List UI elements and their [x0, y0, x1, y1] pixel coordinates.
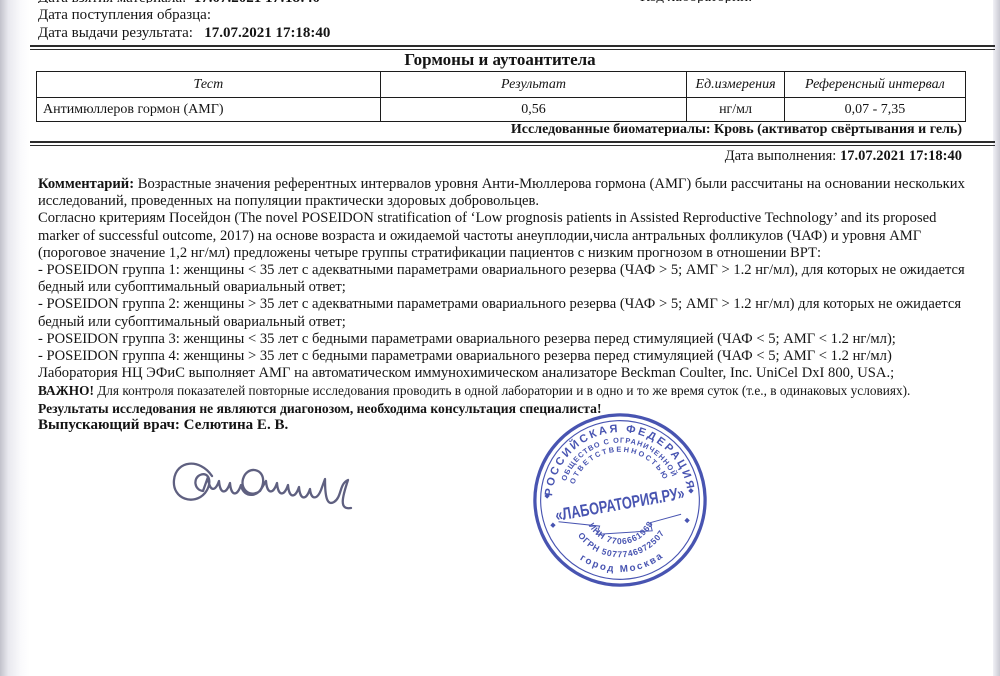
header-cut-line: Дата взятия материала: 17.07.2021 17:18:…: [38, 0, 968, 3]
cell-unit: нг/мл: [687, 98, 785, 122]
execution-date-row: Дата выполнения: 17.07.2021 17:18:40: [725, 148, 962, 165]
result-issued-value: 17.07.2021 17:18:40: [204, 25, 330, 41]
execution-date-value: 17.07.2021 17:18:40: [840, 148, 962, 164]
table-bottom-divider: [30, 141, 995, 146]
signature-icon: [162, 452, 362, 532]
section-title: Гормоны и аутоантитела: [0, 50, 1000, 70]
lab-report-page: { "colors": { "stamp_blue": "#3b48ac", "…: [0, 0, 1000, 676]
col-reference: Референсный интервал: [784, 72, 965, 98]
poseidon-group-2: - POSEIDON группа 2: женщины > 35 лет с …: [38, 296, 972, 330]
material-date-label: Дата взятия материала: 17.07.2021 17:18:…: [38, 0, 320, 3]
doctor-line: Выпускающий врач: Селютина Е. В.: [38, 417, 972, 434]
sample-received-label: Дата поступления образца:: [38, 7, 211, 23]
important-line: ВАЖНО! Для контроля показателей повторны…: [38, 382, 972, 399]
poseidon-intro: Согласно критериям Посейдон (The novel P…: [38, 210, 972, 262]
lab-stamp: РОССИЙСКАЯ ФЕДЕРАЦИЯ ОБЩЕСТВО С ОГРАНИЧЕ…: [525, 407, 715, 593]
stamp-seal-icon: РОССИЙСКАЯ ФЕДЕРАЦИЯ ОБЩЕСТВО С ОГРАНИЧЕ…: [525, 407, 715, 593]
comment-label: Комментарий:: [38, 176, 134, 192]
col-test: Тест: [37, 72, 381, 98]
cell-reference: 0,07 - 7,35: [784, 98, 965, 122]
comment-paragraph: Комментарий: Возрастные значения референ…: [38, 176, 972, 210]
page-edge-left: [0, 0, 30, 676]
cell-result: 0,56: [380, 98, 687, 122]
page-edge-right: [993, 0, 1000, 676]
important-label: ВАЖНО!: [38, 383, 94, 398]
sample-received-row: Дата поступления образца:: [38, 7, 211, 24]
material-date-value: 17.07.2021 17:18:40: [194, 0, 320, 3]
analyzer-line: Лаборатория НЦ ЭФиС выполняет АМГ на авт…: [38, 365, 972, 382]
results-table: Тест Результат Ед.измерения Референсный …: [36, 71, 966, 122]
comment-text: Возрастные значения референтных интервал…: [38, 176, 965, 209]
disclaimer-line: Результаты исследования не являются диаг…: [38, 400, 972, 417]
poseidon-group-3: - POSEIDON группа 3: женщины < 35 лет с …: [38, 331, 972, 348]
header-cut-right: Код лаборатории:: [640, 0, 752, 3]
table-header-row: Тест Результат Ед.измерения Референсный …: [37, 72, 966, 98]
result-issued-label: Дата выдачи результата:: [38, 25, 193, 41]
cell-test-name: Антимюллеров гормон (АМГ): [37, 98, 381, 122]
doctor-signature: [162, 452, 362, 532]
important-text: Для контроля показателей повторные иссле…: [94, 383, 910, 398]
poseidon-group-4: - POSEIDON группа 4: женщины > 35 лет с …: [38, 348, 972, 365]
col-result: Результат: [380, 72, 687, 98]
result-issued-row: Дата выдачи результата: 17.07.2021 17:18…: [38, 25, 330, 42]
table-row: Антимюллеров гормон (АМГ) 0,56 нг/мл 0,0…: [37, 98, 966, 122]
execution-date-label: Дата выполнения:: [725, 148, 837, 164]
stamp-diamond-icon: ◆: [549, 522, 556, 529]
col-unit: Ед.измерения: [687, 72, 785, 98]
comment-block: Комментарий: Возрастные значения референ…: [38, 176, 972, 434]
stamp-diamond-icon: ◆: [683, 517, 690, 524]
poseidon-group-1: - POSEIDON группа 1: женщины < 35 лет с …: [38, 262, 972, 296]
biomaterials-line: Исследованные биоматериалы: Кровь (актив…: [36, 120, 966, 138]
